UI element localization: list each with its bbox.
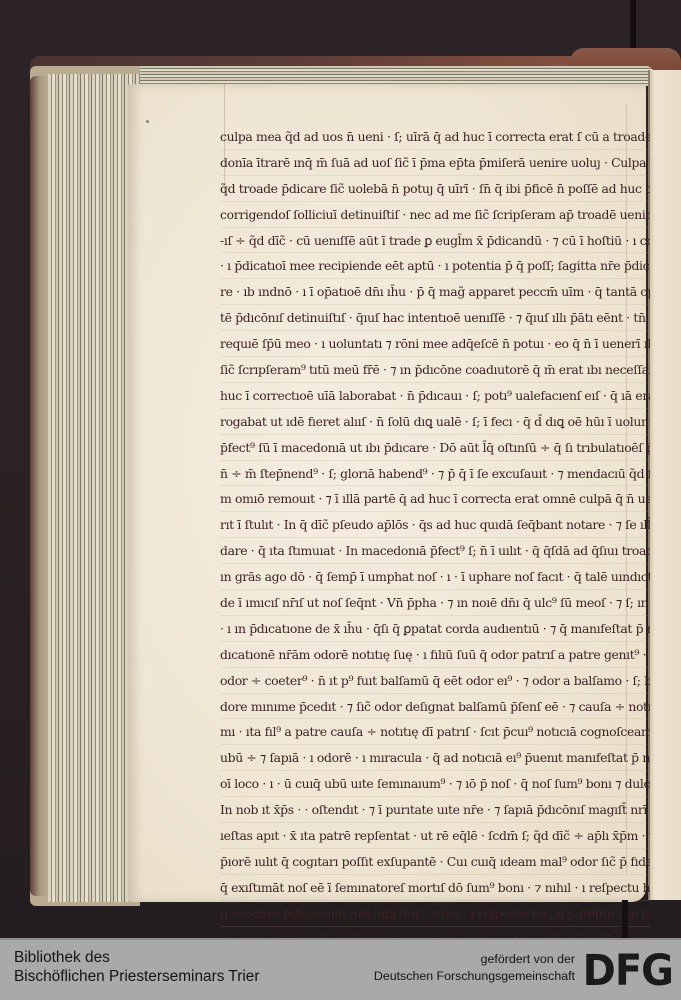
parchment-speck bbox=[146, 120, 149, 123]
manuscript-line: requıē ſp̄ū meo · ı uoluntatı ⁊ rōni mee… bbox=[220, 331, 650, 357]
manuscript-line: culpa mea q̃d ad uos n̄ ueni · ſ; uīrā q… bbox=[220, 124, 650, 150]
attribution-footer: Bibliothek des Bischöflichen Priestersem… bbox=[0, 938, 681, 1000]
page-edge-stack bbox=[30, 66, 140, 906]
manuscript-line: p̄fect⁹ ſū ī macedonıā ut ıbı p̄dıcare ·… bbox=[220, 435, 650, 461]
funding-credit: gefördert von der Deutschen Forschungsge… bbox=[374, 951, 575, 985]
leaf-edges bbox=[48, 74, 140, 902]
manuscript-line: rogabat ut ıdē fıeret alııſ · n̄ ſolū dı… bbox=[220, 409, 650, 435]
manuscript-line: omſ peunt · Sıue q̄s ſıdēt ıllos q̄ p̄ n… bbox=[220, 927, 650, 938]
manuscript-line: n̄ ÷ m̄ ſtep̄nend⁹ · ſ; glorıā habend⁹ ·… bbox=[220, 461, 650, 487]
manuscript-line: rıt ī ſtulıt · In q̄ dīc̃ pſeudo ap̄lōs … bbox=[220, 512, 650, 538]
manuscript-line: odor ÷ coeter⁹ · n̄ ıt p⁹ fuıt balſamū q… bbox=[220, 668, 650, 694]
manuscript-line: m omıō remouıt · ⁊ ī ıllā partē q̄ ad hu… bbox=[220, 486, 650, 512]
dfg-logo-text: DFG bbox=[583, 950, 673, 992]
manuscript-line: · ı ın p̄dıcatıone de x̄ ıh̄u · q̄ſı q̄ … bbox=[220, 616, 650, 642]
manuscript-line: -ıſ ÷ q̃d dīc̃ · cū uenıſſē aūt ī trade … bbox=[220, 228, 650, 254]
manuscript-line: oī loco · ı · ū cuıq̄ ubū uıte ſemınaıum… bbox=[220, 771, 650, 797]
manuscript-line: huc ī correctıoē uīā laborabat · n̄ p̄dı… bbox=[220, 383, 650, 409]
manuscript-line: In nob ıt x̄p̄s · · oſtendıt · ⁊ ī purıt… bbox=[220, 797, 650, 823]
dfg-logo: DFG bbox=[583, 948, 673, 994]
manuscript-line: ſic̃ ſcrıpſeram⁹ tıtū meū fr̄ē · ⁊ ın p̄… bbox=[220, 357, 650, 383]
manuscript-text-block: culpa mea q̃d ad uos n̄ ueni · ſ; uīrā q… bbox=[220, 124, 650, 938]
facing-page bbox=[648, 70, 681, 900]
manuscript-line: donīa ītrarē ınq̄ m̄ ſuā ad uoſ ſic̃ ī p… bbox=[220, 150, 650, 176]
manuscript-line: q̄ exodore p̄dıcatıonıſ nr̄e ſalu fıūt ·… bbox=[220, 901, 650, 927]
library-name-line1: Bibliothek des bbox=[14, 948, 259, 967]
manuscript-line: q̃d troade p̄dicare ſic̃ uolebā n̄ potuȷ… bbox=[220, 176, 650, 202]
manuscript-line: re · ıb ındnō · ı ī op̄atıoē dn̄ı ıh̄u ·… bbox=[220, 279, 650, 305]
library-credit: Bibliothek des Bischöflichen Priestersem… bbox=[14, 948, 259, 986]
manuscript-line: dare · q̄ ıta ſtımuıat · In macedonıā p̄… bbox=[220, 538, 650, 564]
manuscript-line: corrigendoſ ſolliciuī detinuiſtiſ · nec … bbox=[220, 202, 650, 228]
funding-line2: Deutschen Forschungsgemeinschaft bbox=[374, 968, 575, 985]
funding-line1: gefördert von der bbox=[374, 951, 575, 968]
cover-edge bbox=[30, 76, 46, 896]
manuscript-page: culpa mea q̃d ad uos n̄ ueni · ſ; uīrā q… bbox=[128, 84, 646, 902]
manuscript-line: ıeſtas apıt · x̄ ıta patrē repſentat · u… bbox=[220, 823, 650, 849]
manuscript-line: ubū ÷ ⁊ ſapıā · ı odorē · ı mıracula · q… bbox=[220, 745, 650, 771]
manuscript-line: dore mınıme p̄cedıt · ⁊ ſıc̃ odor deſıgn… bbox=[220, 694, 650, 720]
library-name-line2: Bischöflichen Priesterseminars Trier bbox=[14, 967, 259, 986]
manuscript-line: · ı p̄dicatıoī mee recipiende eēt aptū ·… bbox=[220, 253, 650, 279]
manuscript-line: ın grās ago dō · q̄ ſemp̄ ī umphat noſ ·… bbox=[220, 564, 650, 590]
manuscript-image-viewer: culpa mea q̃d ad uos n̄ ueni · ſ; uīrā q… bbox=[0, 0, 681, 938]
manuscript-line: q̄ exıſtımāt noſ eē ī ſemınatoreſ mortıſ… bbox=[220, 875, 650, 901]
manuscript-line: dıcatıonē nr̄ām odorē notıtıę ſuę · ı fı… bbox=[220, 642, 650, 668]
gutter-shadow-bottom bbox=[622, 900, 628, 938]
manuscript-line: p̄ıorē ıulıt q̄ cogıtarı poſſıt exſupant… bbox=[220, 849, 650, 875]
manuscript-line: tē p̄dıcōnıſ detinuiſtıſ · q̄ıuſ hac int… bbox=[220, 305, 650, 331]
manuscript-line: mı · ıta fıl⁹ a patre cauſa ÷ notıtıę dī… bbox=[220, 719, 650, 745]
manuscript-line: de ī ımıcıſ nr̄ıſ ut noſ ſeq̄nt · Vn̄ p̄… bbox=[220, 590, 650, 616]
